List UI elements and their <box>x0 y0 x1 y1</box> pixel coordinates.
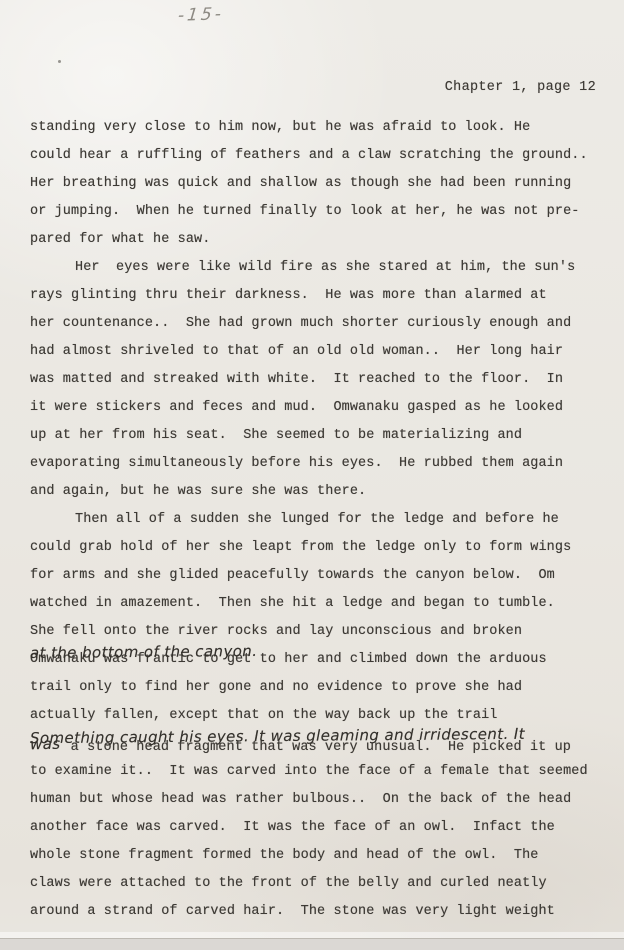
typed-text-line: whole stone fragment formed the body and… <box>30 848 600 876</box>
typed-text-line: human but whose head was rather bulbous.… <box>30 792 600 820</box>
typed-text-line: it were stickers and feces and mud. Omwa… <box>30 400 600 428</box>
typed-text-line: Then all of a sudden she lunged for the … <box>30 512 600 540</box>
typed-text-line: or jumping. When he turned finally to lo… <box>30 204 600 232</box>
typed-text-line: another face was carved. It was the face… <box>30 820 600 848</box>
typed-text-line: pared for what he saw. <box>30 232 600 260</box>
typed-text-line: watched in amazement. Then she hit a led… <box>30 596 600 624</box>
typed-text-line: around a strand of carved hair. The ston… <box>30 904 600 932</box>
typed-text-line: for arms and she glided peacefully towar… <box>30 568 600 596</box>
typed-text-line: standing very close to him now, but he w… <box>30 120 600 148</box>
typed-text-line: claws were attached to the front of the … <box>30 876 600 904</box>
handwritten-page-number: -15- <box>177 4 225 26</box>
typed-text-line: was matted and streaked with white. It r… <box>30 372 600 400</box>
manuscript-body: standing very close to him now, but he w… <box>30 120 600 932</box>
typed-text-line: trail only to find her gone and no evide… <box>30 680 600 708</box>
typed-text-line: Her breathing was quick and shallow as t… <box>30 176 600 204</box>
typed-text-line: and again, but he was sure she was there… <box>30 484 600 512</box>
typed-text-line: rays glinting thru their darkness. He wa… <box>30 288 600 316</box>
typed-text-line: to examine it.. It was carved into the f… <box>30 764 600 792</box>
typed-text-line: evaporating simultaneously before his ey… <box>30 456 600 484</box>
handwritten-ink: at the bottom of the canyon. <box>30 642 257 662</box>
typed-text-line: could grab hold of her she leapt from th… <box>30 540 600 568</box>
page-bottom-edge <box>0 938 624 950</box>
typed-text-line: Her eyes were like wild fire as she star… <box>30 260 600 288</box>
typed-text-line: could hear a ruffling of feathers and a … <box>30 148 600 176</box>
typed-text-line: up at her from his seat. She seemed to b… <box>30 428 600 456</box>
typed-text-line: had almost shriveled to that of an old o… <box>30 344 600 372</box>
chapter-page-header: Chapter 1, page 12 <box>445 80 596 95</box>
typed-text-line: her countenance.. She had grown much sho… <box>30 316 600 344</box>
paper-speck <box>58 60 61 63</box>
manuscript-page: -15- Chapter 1, page 12 standing very cl… <box>0 0 624 950</box>
